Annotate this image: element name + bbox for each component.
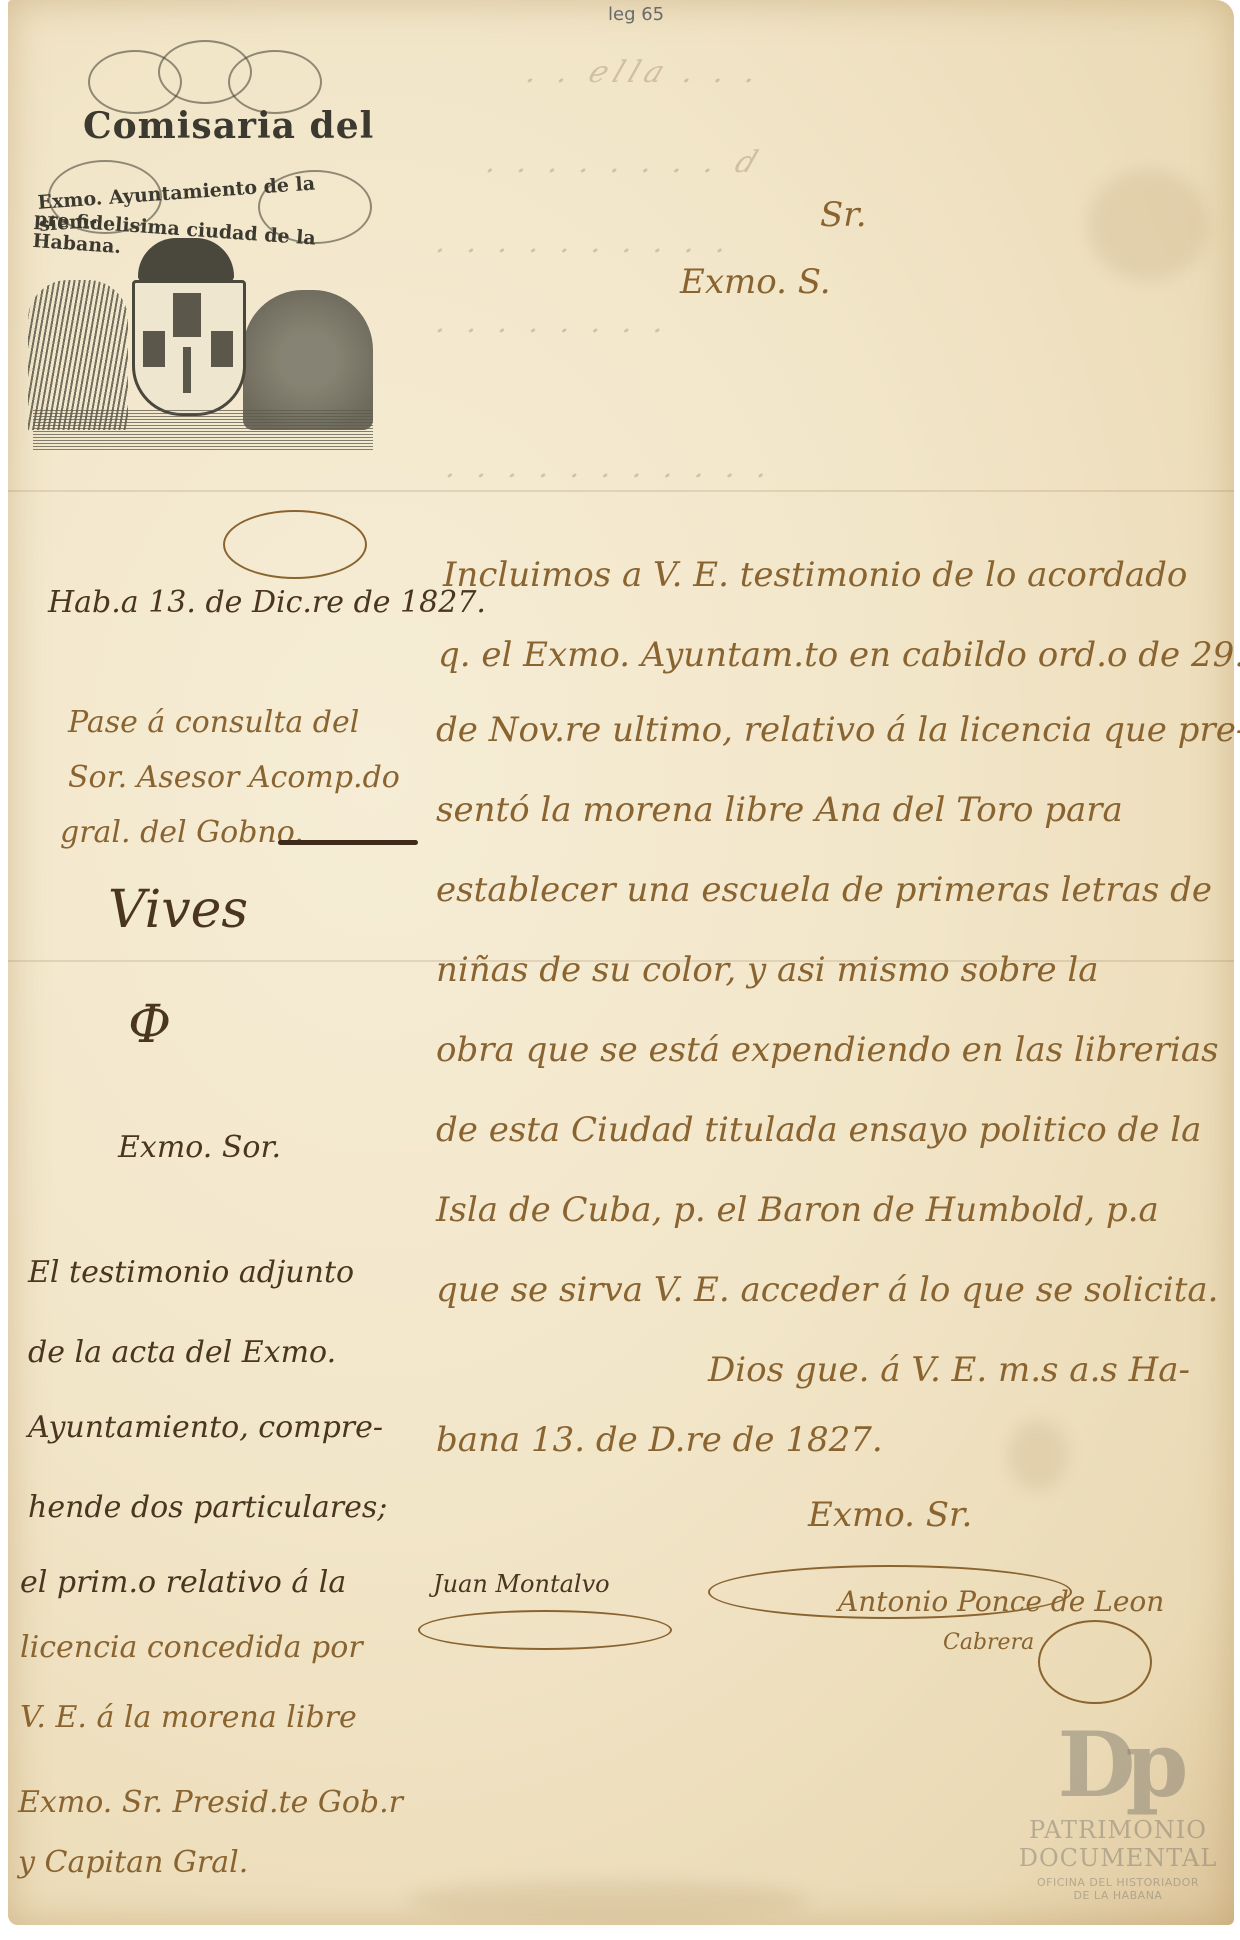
recipient-line: y Capitan Gral. bbox=[18, 1845, 248, 1880]
signature-flourish bbox=[708, 1565, 1072, 1619]
body-line: sentó la morena libre Ana del Toro para bbox=[436, 790, 1123, 830]
margin-note-line: Sor. Asesor Acomp.do bbox=[68, 760, 400, 795]
stain bbox=[1088, 170, 1208, 280]
coat-of-arms-shield-icon bbox=[132, 280, 246, 416]
watermark-line-4: DE LA HABANA bbox=[1018, 1889, 1218, 1902]
margin-summary-line: V. E. á la morena libre bbox=[20, 1700, 357, 1735]
patrimonio-logo-icon: Dp bbox=[1018, 1720, 1218, 1810]
margin-summary-line: hende dos particulares; bbox=[28, 1490, 387, 1525]
letterhead-engraving: Comisaria del Exmo. Ayuntamiento de la s… bbox=[28, 40, 378, 460]
bleed-through-text: . . . . . . . . bbox=[432, 305, 678, 340]
tree-illustration bbox=[243, 290, 373, 430]
recipient-line: Exmo. Sr. Presid.te Gob.r bbox=[18, 1785, 403, 1820]
stain bbox=[1008, 1420, 1068, 1490]
castle-tower-icon bbox=[211, 331, 233, 367]
archive-page-number: leg 65 bbox=[608, 4, 664, 25]
patrimonio-documental-watermark: Dp PATRIMONIO DOCUMENTAL OFICINA DEL HIS… bbox=[1018, 1720, 1218, 1902]
signature-cabrera: Cabrera bbox=[943, 1630, 1034, 1655]
body-line: Isla de Cuba, p. el Baron de Humbold, p.… bbox=[436, 1190, 1159, 1230]
salutation-line-1: Sr. bbox=[820, 195, 867, 235]
underline-rule bbox=[278, 840, 418, 845]
body-line: niñas de su color, y asi mismo sobre la bbox=[436, 950, 1099, 990]
key-icon bbox=[183, 347, 191, 393]
signature-flourish bbox=[418, 1610, 672, 1650]
margin-note-line: Pase á consulta del bbox=[68, 705, 359, 740]
margin-note-line: gral. del Gobno. bbox=[60, 815, 304, 850]
letterhead-title: Comisaria del bbox=[83, 105, 374, 147]
bleed-through-text: . . . . . . . . . . bbox=[432, 225, 740, 260]
rubric-mark: Ф bbox=[128, 995, 171, 1055]
page-fold bbox=[8, 490, 1234, 492]
margin-summary-line: el prim.o relativo á la bbox=[20, 1565, 346, 1600]
watermark-line-1: PATRIMONIO bbox=[1018, 1816, 1218, 1844]
body-line: Incluimos a V. E. testimonio de lo acord… bbox=[443, 555, 1187, 595]
margin-address: Exmo. Sor. bbox=[118, 1130, 281, 1165]
body-line: de Nov.re ultimo, relativo á la licencia… bbox=[436, 710, 1240, 750]
bleed-through-text: . . . . . . . . d bbox=[482, 145, 769, 180]
margin-summary-line: El testimonio adjunto bbox=[28, 1255, 354, 1290]
body-line: Dios gue. á V. E. m.s a.s Ha- bbox=[708, 1350, 1190, 1390]
margin-flourish bbox=[223, 510, 367, 579]
body-line: obra que se está expendiendo en las libr… bbox=[436, 1030, 1219, 1070]
margin-summary-line: licencia concedida por bbox=[20, 1630, 363, 1665]
bleed-through-text: . . . . . . . . . . . bbox=[442, 450, 781, 485]
castle-tower-icon bbox=[173, 293, 201, 337]
margin-summary-line: de la acta del Exmo. bbox=[28, 1335, 336, 1370]
bleed-through-text: . . ella . . . bbox=[522, 55, 769, 90]
body-line: que se sirva V. E. acceder á lo que se s… bbox=[436, 1270, 1218, 1310]
closing: Exmo. Sr. bbox=[808, 1495, 972, 1535]
margin-summary-line: Ayuntamiento, compre- bbox=[28, 1410, 383, 1445]
watermark-line-3: OFICINA DEL HISTORIADOR bbox=[1018, 1876, 1218, 1889]
rubric-signature: Vives bbox=[108, 880, 248, 940]
body-line: bana 13. de D.re de 1827. bbox=[436, 1420, 883, 1460]
signature-rubric bbox=[1038, 1620, 1152, 1704]
watermark-line-2: DOCUMENTAL bbox=[1018, 1844, 1218, 1872]
salutation-line-2: Exmo. S. bbox=[680, 262, 831, 302]
manuscript-page: . . ella . . . . . . . . . . . d . . . .… bbox=[8, 0, 1234, 1925]
ground-illustration bbox=[33, 410, 373, 450]
body-line: establecer una escuela de primeras letra… bbox=[436, 870, 1212, 910]
stain bbox=[408, 1880, 808, 1920]
body-line: de esta Ciudad titulada ensayo politico … bbox=[436, 1110, 1201, 1150]
sugarcane-illustration bbox=[28, 280, 128, 430]
body-line: q. el Exmo. Ayuntam.to en cabildo ord.o … bbox=[438, 635, 1240, 675]
margin-date-note: Hab.a 13. de Dic.re de 1827. bbox=[48, 585, 486, 620]
signature-montalvo: Juan Montalvo bbox=[433, 1570, 610, 1598]
castle-tower-icon bbox=[143, 331, 165, 367]
